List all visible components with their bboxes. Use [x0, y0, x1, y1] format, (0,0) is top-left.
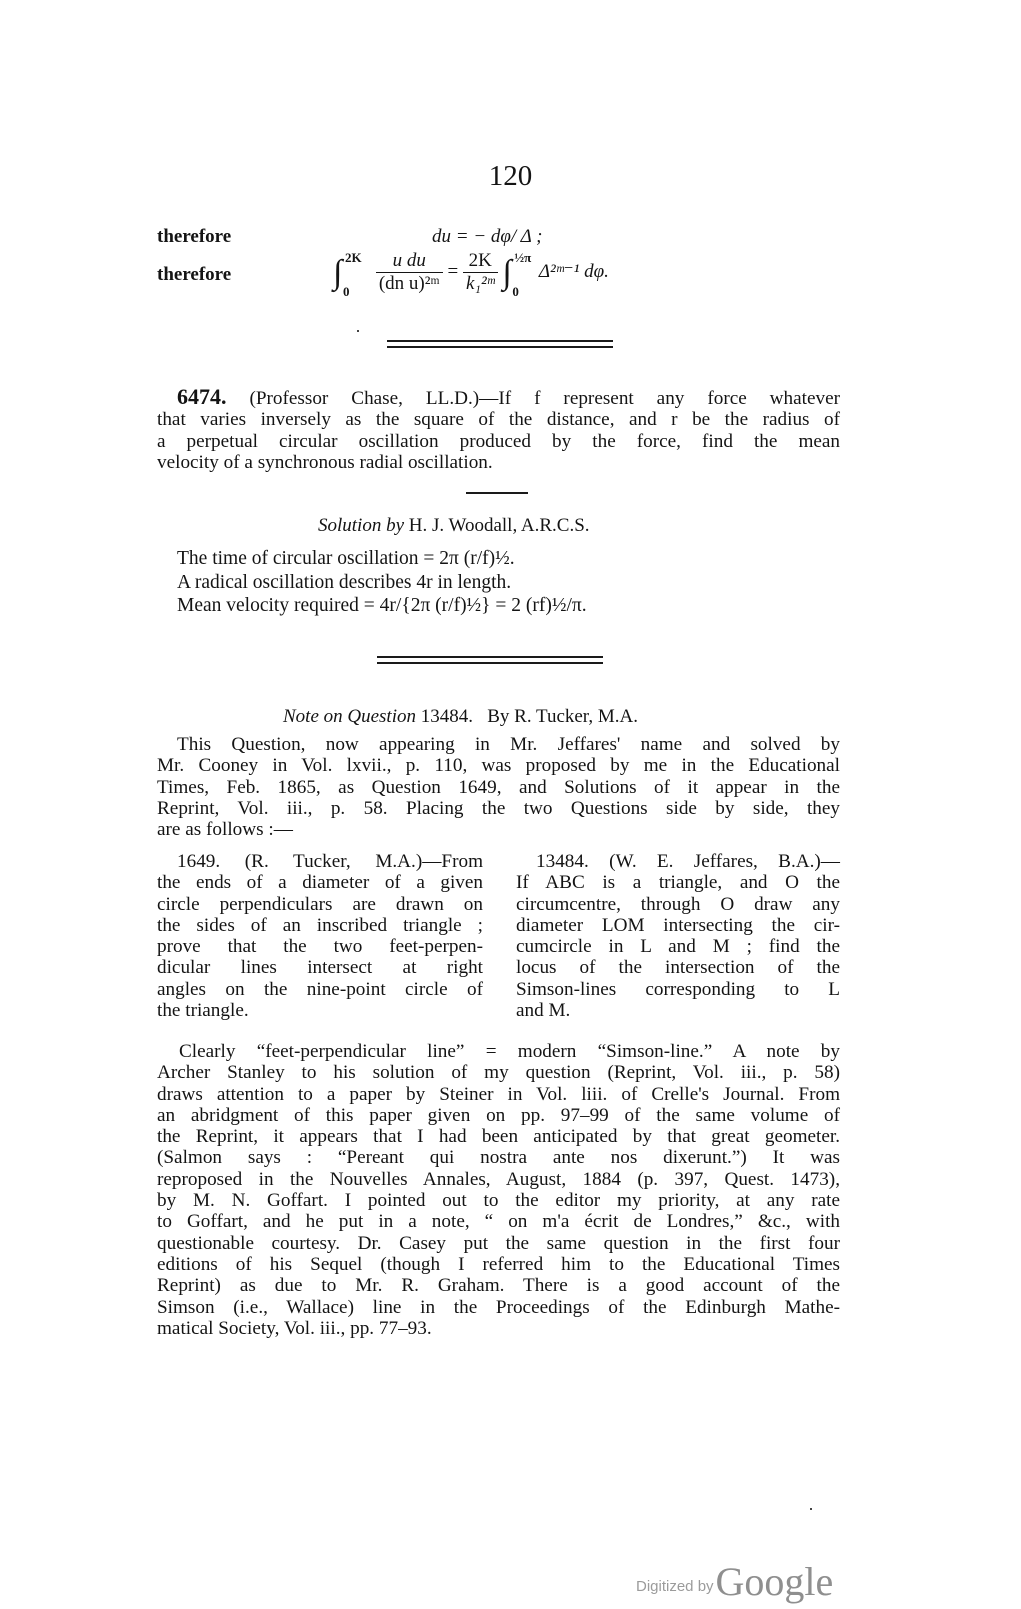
divider-rule	[387, 346, 613, 348]
note-heading: Note on Question 13484. By R. Tucker, M.…	[283, 706, 638, 728]
note-closing-paragraph: Clearly “feet-perpendicular line” = mode…	[157, 1041, 840, 1339]
integral-sign-1: ∫2K0	[333, 254, 342, 292]
solution-line: Mean velocity required = 4r/{2π (r/f)½} …	[177, 594, 587, 618]
solution-heading: Solution by H. J. Woodall, A.R.C.S.	[318, 515, 590, 537]
divider-rule	[377, 662, 603, 664]
google-logo: Google	[716, 1559, 834, 1604]
question-13484-column: 13484. (W. E. Jeffares, B.A.)— If ABC is…	[516, 851, 840, 1021]
question-6474: 6474. (Professor Chase, LL.D.)—If f repr…	[157, 386, 840, 473]
short-rule	[466, 492, 528, 494]
page-number: 120	[0, 160, 1021, 193]
solution-line: A radical oscillation describes 4r in le…	[177, 571, 587, 595]
digitized-by-label: Digitized by	[636, 1578, 714, 1595]
digitized-by-google-watermark: Digitized byGoogle	[636, 1558, 833, 1605]
solution-line: The time of circular oscillation = 2π (r…	[177, 547, 587, 571]
equation-label-1: therefore	[157, 226, 231, 248]
divider-rule	[387, 340, 613, 342]
note-intro: This Question, now appearing in Mr. Jeff…	[157, 734, 840, 840]
equation-du: du = − dφ/ Δ ;	[432, 226, 542, 248]
question-number: 6474.	[177, 384, 227, 409]
fraction-u-du: u du (dn u)²ᵐ	[376, 250, 443, 295]
scan-speck	[810, 1508, 812, 1510]
equation-integral: ∫2K0 u du (dn u)²ᵐ = 2K k₁²ᵐ ∫½π0 Δ²ᵐ⁻¹ …	[333, 250, 609, 295]
divider-rule	[377, 656, 603, 658]
question-1649-column: 1649. (R. Tucker, M.A.)—From the ends of…	[157, 851, 483, 1021]
solution-body: The time of circular oscillation = 2π (r…	[177, 547, 587, 618]
fraction-2K: 2K k₁²ᵐ	[463, 250, 498, 295]
scan-speck	[357, 330, 359, 332]
integral-sign-2: ∫½π0	[502, 254, 511, 292]
equation-label-2: therefore	[157, 264, 231, 286]
